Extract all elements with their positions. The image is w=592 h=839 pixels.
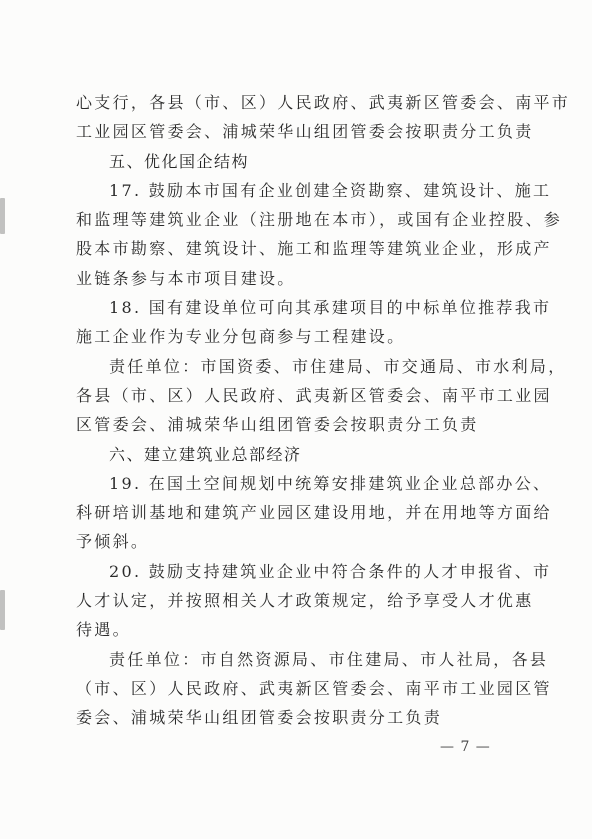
binding-mark	[0, 590, 5, 630]
responsible-units-2: 责任单位：市自然资源局、市住建局、市人社局，各县	[76, 645, 510, 674]
section-heading-6: 六、建立建筑业总部经济	[76, 440, 510, 469]
text-line: 业链条参与本市项目建设。	[76, 264, 510, 293]
paragraph-18-start: 18. 国有建设单位可向其承建项目的中标单位推荐我市	[76, 293, 510, 322]
page-number: — 7 —	[440, 739, 491, 755]
text-line: 人才认定，并按照相关人才政策规定，给予享受人才优惠	[76, 586, 510, 615]
text-line: 科研培训基地和建筑产业园区建设用地，并在用地等方面给	[76, 498, 510, 527]
text-line: 工业园区管委会、浦城荣华山组团管委会按职责分工负责	[76, 117, 510, 146]
responsible-units-1: 责任单位：市国资委、市住建局、市交通局、市水利局，	[76, 352, 510, 381]
text-line: 区管委会、浦城荣华山组团管委会按职责分工负责	[76, 410, 510, 439]
paragraph-17-start: 17. 鼓励本市国有企业创建全资勘察、建筑设计、施工	[76, 176, 510, 205]
paragraph-19-start: 19. 在国土空间规划中统筹安排建筑业企业总部办公、	[76, 469, 510, 498]
text-line: 待遇。	[76, 615, 510, 644]
paragraph-20-start: 20. 鼓励支持建筑业企业中符合条件的人才申报省、市	[76, 557, 510, 586]
text-line: 和监理等建筑业企业（注册地在本市），或国有企业控股、参	[76, 205, 510, 234]
text-line: 股本市勘察、建筑设计、施工和监理等建筑业企业，形成产	[76, 234, 510, 263]
document-body: 心支行，各县（市、区）人民政府、武夷新区管委会、南平市 工业园区管委会、浦城荣华…	[76, 88, 510, 733]
section-heading-5: 五、优化国企结构	[76, 147, 510, 176]
text-line: 各县（市、区）人民政府、武夷新区管委会、南平市工业园	[76, 381, 510, 410]
binding-mark	[0, 198, 5, 234]
text-line: 心支行，各县（市、区）人民政府、武夷新区管委会、南平市	[76, 88, 510, 117]
text-line: （市、区）人民政府、武夷新区管委会、南平市工业园区管	[76, 674, 510, 703]
text-line: 施工企业作为专业分包商参与工程建设。	[76, 322, 510, 351]
text-line: 予倾斜。	[76, 527, 510, 556]
text-line: 委会、浦城荣华山组团管委会按职责分工负责	[76, 703, 510, 732]
document-page: 心支行，各县（市、区）人民政府、武夷新区管委会、南平市 工业园区管委会、浦城荣华…	[0, 0, 592, 839]
